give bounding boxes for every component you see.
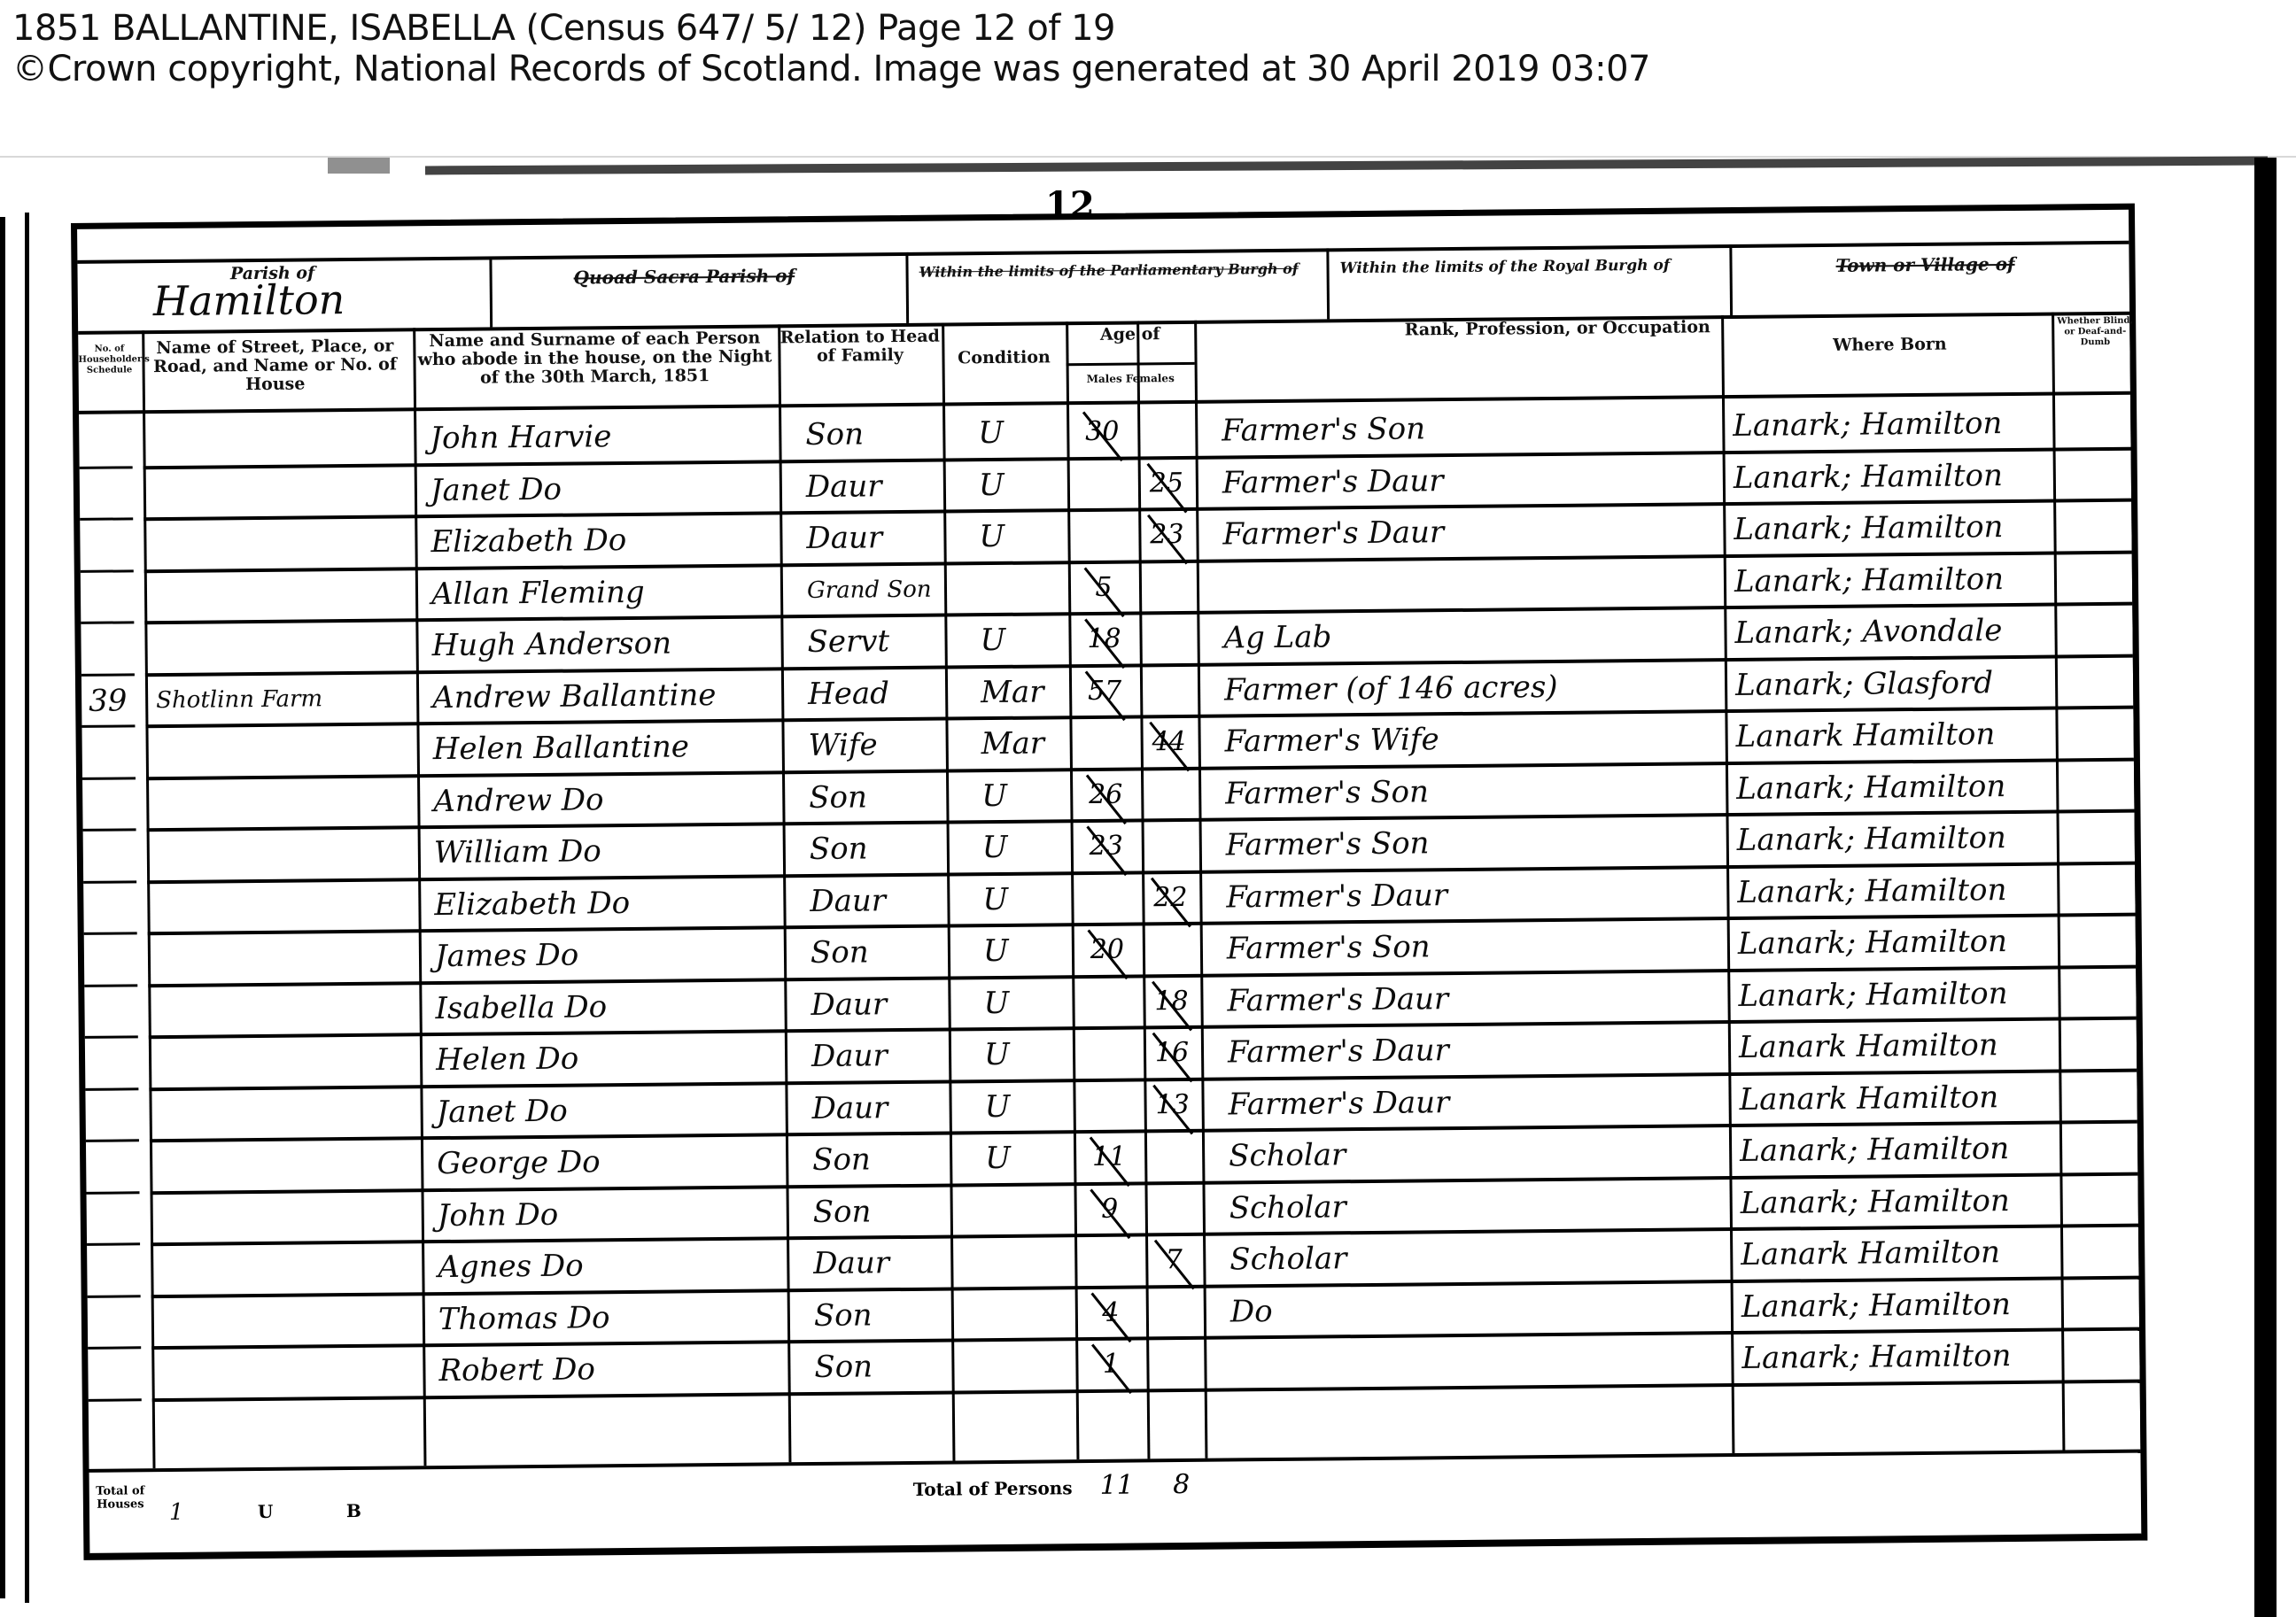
- total-houses-uninhabited: U: [258, 1501, 274, 1522]
- row-born: Lanark Hamilton: [1735, 716, 1995, 754]
- row-born: Lanark Hamilton: [1739, 1027, 1998, 1065]
- row-name: Helen Do: [436, 1041, 579, 1079]
- row-born: Lanark; Hamilton: [1741, 1287, 2011, 1325]
- row-relation: Daur: [806, 520, 882, 556]
- row-name: Elizabeth Do: [434, 885, 630, 922]
- row-occupation: Farmer's Daur: [1227, 981, 1448, 1018]
- row-age-male: 11: [1078, 1141, 1140, 1172]
- row-condition: Mar: [981, 725, 1045, 762]
- row-name: Elizabeth Do: [430, 522, 626, 560]
- row-age-male: 23: [1075, 830, 1137, 862]
- total-persons-label: Total of Persons: [913, 1477, 1073, 1500]
- row-tick: [80, 517, 133, 521]
- row-relation: Son: [812, 1141, 871, 1178]
- row-age-female: 18: [1140, 985, 1202, 1017]
- row-occupation: Farmer's Son: [1227, 929, 1431, 966]
- row-name: Robert Do: [438, 1351, 595, 1389]
- row-age-female: [1136, 623, 1198, 623]
- row-occupation: Farmer's Son: [1225, 774, 1429, 811]
- row-born: Lanark Hamilton: [1741, 1234, 2000, 1273]
- row-name: Thomas Do: [438, 1300, 610, 1337]
- row-tick: [89, 1398, 142, 1402]
- row-name: Andrew Ballantine: [432, 677, 717, 716]
- row-age-female: [1139, 830, 1201, 831]
- row-relation: Daur: [811, 1090, 888, 1126]
- row-relation: Grand Son: [807, 571, 932, 607]
- row-relation: Son: [810, 831, 868, 867]
- row-occupation: Farmer's Son: [1226, 825, 1430, 863]
- row-relation: Daur: [806, 468, 882, 505]
- row-age-male: 20: [1076, 933, 1138, 965]
- col-header-name: Name and Surname of each Person who abod…: [413, 329, 777, 388]
- row-tick: [81, 724, 135, 728]
- row-relation: Daur: [813, 1245, 889, 1281]
- parliamentary-burgh-label: Within the limits of the Parliamentary B…: [919, 260, 1298, 281]
- row-tick: [86, 1139, 139, 1142]
- row-tick: [80, 466, 133, 469]
- row-tick: [86, 1191, 139, 1195]
- row-age-female: 23: [1136, 519, 1198, 551]
- row-occupation: Do: [1230, 1294, 1273, 1329]
- row-age-female: 22: [1139, 881, 1201, 913]
- row-age-female: [1143, 1192, 1205, 1193]
- row-relation: Daur: [811, 986, 887, 1023]
- row-relation: Son: [814, 1349, 873, 1385]
- row-condition: U: [982, 881, 1008, 917]
- row-name: Allan Fleming: [431, 574, 645, 611]
- col-header-schedule: No. of Householder's Schedule: [78, 344, 140, 376]
- row-name: Andrew Do: [433, 782, 604, 819]
- row-name: William Do: [434, 833, 601, 870]
- row-occupation: Farmer's Daur: [1226, 878, 1447, 915]
- royal-burgh-label: Within the limits of the Royal Burgh of: [1339, 257, 1670, 278]
- row-born: Lanark Hamilton: [1739, 1079, 1998, 1118]
- row-age-male: 1: [1080, 1348, 1142, 1380]
- census-form: Parish of Hamilton Quoad Sacra Parish of…: [71, 204, 2147, 1560]
- row-age-male: [1075, 882, 1137, 883]
- row-age-female: 7: [1143, 1244, 1205, 1276]
- row-born: Lanark; Hamilton: [1737, 820, 2006, 858]
- row-age-female: [1138, 778, 1200, 778]
- row-born: Lanark; Hamilton: [1733, 406, 2002, 444]
- row-occupation: Scholar: [1229, 1137, 1346, 1173]
- total-houses-inhabited: 1: [169, 1495, 184, 1530]
- row-age-male: [1077, 1037, 1139, 1038]
- row-born: Lanark; Hamilton: [1736, 769, 2005, 807]
- row-condition: U: [983, 933, 1009, 969]
- row-age-female: [1136, 570, 1198, 571]
- row-relation: Head: [808, 676, 889, 712]
- row-name: Helen Ballantine: [433, 729, 690, 767]
- row-name: John Harvie: [430, 419, 611, 456]
- row-born: Lanark; Hamilton: [1734, 458, 2003, 496]
- row-condition: U: [980, 623, 1005, 658]
- row-tick: [81, 673, 135, 677]
- row-condition: U: [979, 519, 1004, 554]
- age-subheader-rule: [1067, 362, 1195, 366]
- page-edge-left: [0, 217, 5, 1598]
- row-name: Hugh Anderson: [431, 626, 671, 664]
- row-age-male: [1074, 726, 1136, 727]
- row-condition: U: [978, 415, 1004, 451]
- row-name: George Do: [437, 1144, 601, 1181]
- record-title: 1851 BALLANTINE, ISABELLA (Census 647/ 5…: [12, 7, 1115, 50]
- row-tick: [81, 569, 134, 573]
- row-occupation: Farmer's Daur: [1228, 1085, 1449, 1122]
- total-houses-label: Total of Houses: [89, 1484, 151, 1512]
- row-occupation: Scholar: [1229, 1189, 1346, 1226]
- total-persons-female: 8: [1151, 1469, 1213, 1501]
- row-tick: [85, 1087, 138, 1091]
- page-edge-left-inner: [25, 213, 29, 1603]
- row-born: Lanark; Hamilton: [1734, 509, 2003, 547]
- row-name: James Do: [435, 938, 579, 975]
- row-born: Lanark; Glasford: [1735, 665, 1993, 703]
- row-condition: U: [983, 985, 1009, 1020]
- row-relation: Daur: [810, 883, 886, 919]
- row-age-female: [1140, 933, 1202, 934]
- row-age-female: [1142, 1141, 1204, 1141]
- row-relation: Wife: [809, 727, 878, 763]
- row-born: Lanark; Hamilton: [1734, 561, 2004, 600]
- row-tick: [84, 932, 137, 935]
- row-occupation: Farmer's Wife: [1224, 722, 1439, 759]
- row-tick: [87, 1242, 140, 1246]
- row-age-male: [1079, 1244, 1141, 1245]
- row-occupation: Ag Lab: [1223, 619, 1331, 655]
- row-relation: Daur: [811, 1038, 888, 1074]
- row-age-male: [1072, 468, 1134, 468]
- row-relation: Son: [813, 1194, 872, 1230]
- row-occupation: Farmer's Daur: [1222, 463, 1444, 500]
- row-age-male: [1072, 519, 1134, 520]
- total-houses-building: B: [346, 1500, 361, 1521]
- row-born: Lanark; Hamilton: [1741, 1183, 2010, 1221]
- row-age-female: [1144, 1348, 1206, 1349]
- row-relation: Son: [814, 1297, 873, 1334]
- row-born: Lanark; Hamilton: [1737, 872, 2006, 910]
- row-born: Lanark; Hamilton: [1738, 976, 2007, 1014]
- row-street: Shotlinn Farm: [156, 681, 322, 718]
- row-tick: [88, 1346, 141, 1350]
- row-condition: U: [979, 467, 1004, 502]
- row-condition: Mar: [981, 674, 1044, 710]
- col-header-age-sub: Males Females: [1067, 369, 1195, 389]
- row-occupation: Farmer (of 146 acres): [1224, 669, 1558, 708]
- row-relation: Son: [805, 416, 864, 453]
- row-occupation: Scholar: [1229, 1241, 1346, 1277]
- row-name: Isabella Do: [435, 989, 607, 1026]
- row-condition: U: [981, 778, 1007, 813]
- row-tick: [83, 880, 136, 884]
- row-age-female: [1144, 1296, 1206, 1296]
- row-born: Lanark; Avondale: [1734, 613, 2002, 651]
- row-relation: Son: [809, 779, 867, 816]
- row-age-male: 30: [1071, 415, 1133, 447]
- row-occupation: Farmer's Daur: [1222, 514, 1444, 552]
- row-age-male: 18: [1073, 623, 1135, 654]
- page-edge-right: [2254, 158, 2277, 1617]
- row-tick: [81, 621, 134, 624]
- row-name: Janet Do: [430, 471, 562, 507]
- row-condition: U: [985, 1141, 1011, 1176]
- row-tick: [83, 828, 136, 832]
- col-header-born: Where Born: [1726, 335, 2053, 357]
- row-age-male: 57: [1074, 675, 1136, 707]
- col-header-occupation: Rank, Profession, or Occupation: [1336, 317, 1779, 340]
- row-age-male: 5: [1073, 571, 1135, 603]
- parish-value: Hamilton: [153, 282, 345, 319]
- col-header-condition: Condition: [942, 348, 1066, 367]
- col-header-blind-deaf: Whether Blind, or Deaf-and-Dumb: [2055, 316, 2135, 349]
- row-condition: U: [982, 830, 1008, 865]
- row-schedule: 39: [89, 683, 128, 718]
- row-age-female: [1137, 674, 1199, 675]
- row-age-female: 13: [1141, 1088, 1203, 1120]
- row-occupation: Farmer's Daur: [1228, 1033, 1449, 1070]
- row-tick: [82, 777, 136, 780]
- row-born: Lanark; Hamilton: [1738, 924, 2007, 962]
- row-condition: U: [984, 1037, 1010, 1072]
- row-age-male: 26: [1074, 778, 1136, 810]
- row-age-female: [1135, 415, 1197, 416]
- row-tick: [85, 1035, 138, 1039]
- row-age-male: 9: [1079, 1193, 1141, 1225]
- row-occupation: Farmer's Son: [1222, 411, 1425, 448]
- row-tick: [84, 984, 137, 987]
- row-condition: U: [984, 1088, 1010, 1124]
- row-name: Agnes Do: [438, 1249, 584, 1286]
- copyright-notice: ©Crown copyright, National Records of Sc…: [12, 48, 1650, 90]
- row-relation: Servt: [807, 623, 889, 660]
- quoad-sacra-label: Quoad Sacra Parish of: [574, 265, 795, 288]
- town-village-label: Town or Village of: [1835, 253, 2014, 276]
- row-age-female: 44: [1138, 726, 1200, 758]
- total-persons-male: 11: [1086, 1469, 1148, 1501]
- row-born: Lanark; Hamilton: [1740, 1131, 2009, 1169]
- row-name: Janet Do: [436, 1093, 568, 1129]
- row-age-female: 25: [1136, 467, 1198, 499]
- row-age-male: 4: [1080, 1296, 1142, 1328]
- col-header-age: Age of: [1066, 325, 1194, 344]
- row-relation: Son: [811, 934, 869, 971]
- row-age-female: 16: [1141, 1037, 1203, 1069]
- col-header-relation: Relation to Head of Family: [778, 328, 942, 367]
- row-age-male: [1076, 986, 1138, 986]
- row-tick: [88, 1295, 141, 1298]
- col-header-street: Name of Street, Place, or Road, and Name…: [142, 337, 408, 395]
- row-born: Lanark; Hamilton: [1741, 1338, 2011, 1376]
- row-name: John Do: [438, 1196, 559, 1233]
- row-age-male: [1077, 1089, 1139, 1090]
